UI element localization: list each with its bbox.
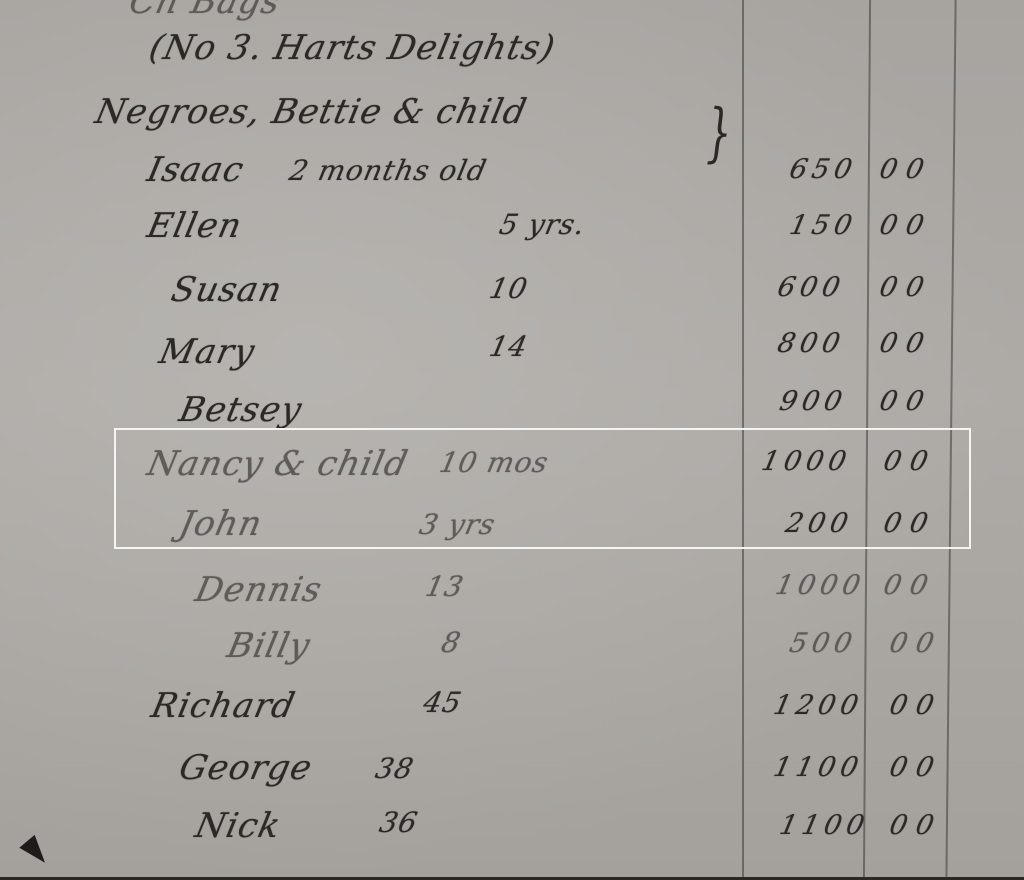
entry-dollars: 650	[787, 154, 860, 185]
entry-name: Susan	[168, 270, 286, 310]
entry-dollars: 600	[775, 272, 848, 303]
entry-age: 8	[438, 626, 464, 659]
entry-age: 3 yrs	[416, 508, 498, 541]
entry-dollars: 1000	[759, 446, 854, 477]
entry-cents: 00	[877, 386, 936, 417]
entry-cents: 00	[877, 328, 936, 359]
entry-name: Nick	[192, 806, 285, 846]
ledger-page: Ch Bags (No 3. Harts Delights) Negroes, …	[0, 0, 1024, 880]
entry-name: Nancy & child	[144, 444, 412, 484]
entry-cents: 00	[887, 810, 946, 841]
entry-name: Betsey	[176, 390, 306, 430]
entry-name: Billy	[224, 626, 314, 666]
entry-dollars: 500	[787, 628, 860, 659]
header-partial: Ch Bags	[126, 0, 285, 22]
entry-dollars: 1000	[773, 570, 868, 601]
entry-age: 2 months old	[286, 154, 489, 187]
entry-dollars: 800	[775, 328, 848, 359]
entry-cents: 00	[887, 752, 946, 783]
entry-name: George	[176, 748, 316, 788]
entry-age: 5 yrs.	[496, 208, 588, 241]
entry-age: 13	[422, 570, 467, 603]
ink-mark	[19, 835, 52, 869]
entry-dollars: 150	[787, 210, 860, 241]
entry-age: 45	[420, 686, 465, 719]
heading-line: (No 3. Harts Delights)	[146, 28, 559, 68]
entry-dollars: 1100	[771, 752, 866, 783]
entry-name: Isaac	[144, 150, 248, 190]
entry-age: 36	[376, 806, 421, 839]
entry-cents: 00	[877, 210, 936, 241]
entry-age: 10	[486, 272, 531, 305]
entry-name: John	[176, 504, 266, 544]
brace-mark: }	[706, 96, 731, 170]
entry-cents: 00	[877, 272, 936, 303]
entry-age: 38	[372, 752, 417, 785]
entry-age: 14	[486, 330, 531, 363]
entry-dollars: 900	[777, 386, 850, 417]
entry-cents: 00	[887, 690, 946, 721]
entry-cents: 00	[877, 154, 936, 185]
entry-cents: 00	[881, 508, 940, 539]
entry-name: Mary	[156, 332, 259, 372]
entry-cents: 00	[881, 570, 940, 601]
group-label: Negroes, Bettie & child	[92, 92, 531, 132]
entry-dollars: 1100	[777, 810, 872, 841]
entry-age: 10 mos	[436, 446, 551, 479]
entry-dollars: 200	[783, 508, 856, 539]
entry-name: Richard	[148, 686, 299, 726]
entry-name: Dennis	[192, 570, 326, 610]
entry-name: Ellen	[144, 206, 246, 246]
entry-cents: 00	[881, 446, 940, 477]
entry-dollars: 1200	[771, 690, 866, 721]
entry-cents: 00	[887, 628, 946, 659]
